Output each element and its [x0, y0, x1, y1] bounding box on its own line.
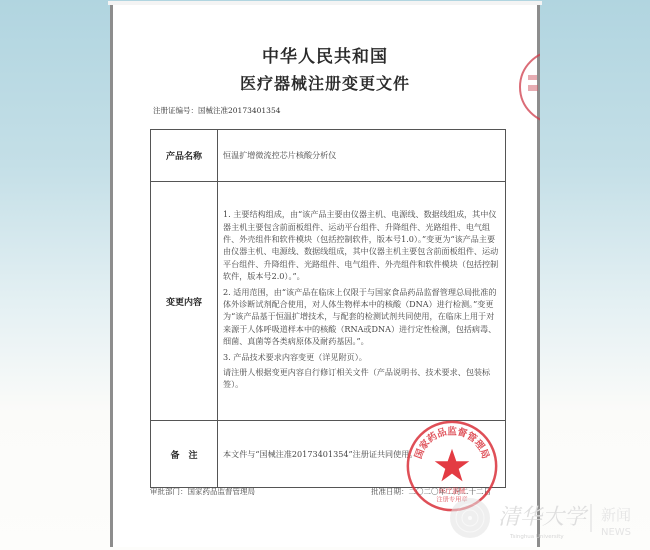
document-title: 医疗器械注册变更文件 — [113, 71, 537, 94]
tsinghua-emblem-icon — [450, 498, 490, 538]
approval-department: 审批部门：国家药品监督管理局 — [150, 486, 255, 497]
product-name-value: 恒温扩增微流控芯片核酸分析仪 — [218, 130, 506, 182]
tsinghua-news-watermark: 清华大学 Tsinghua University 新闻 NEWS — [448, 490, 648, 548]
change-item-tech-requirements: 3. 产品技术要求内容变更（详见附页）。 — [223, 351, 500, 363]
partial-seal-edge — [510, 47, 540, 127]
registration-change-document: 中华人民共和国 医疗器械注册变更文件 注册证编号：国械注准20173401354… — [110, 5, 540, 547]
svg-text:Tsinghua University: Tsinghua University — [509, 534, 564, 540]
registration-label: 注册证编号： — [153, 106, 198, 115]
table-row-change-content: 变更内容 1. 主要结构组成，由“该产品主要由仪器主机、电源线、数据线组成，其中… — [151, 182, 506, 421]
change-item-scope: 2. 适用范围，由“该产品在临床上仅限于与国家食品药品监督管理总局批准的体外诊断… — [223, 286, 500, 348]
product-name-label: 产品名称 — [151, 130, 218, 182]
svg-text:清华大学: 清华大学 — [498, 505, 589, 530]
registration-number: 国械注准20173401354 — [198, 106, 281, 115]
change-content-label: 变更内容 — [151, 182, 218, 421]
change-item-structure: 1. 主要结构组成，由“该产品主要由仪器主机、电源线、数据线组成，其中仪器主机主… — [223, 208, 500, 282]
remarks-label: 备 注 — [151, 421, 218, 488]
change-content-value: 1. 主要结构组成，由“该产品主要由仪器主机、电源线、数据线组成，其中仪器主机主… — [218, 182, 506, 421]
document-title-country: 中华人民共和国 — [113, 42, 537, 67]
registration-number-line: 注册证编号：国械注准20173401354 — [153, 105, 281, 116]
svg-text:新闻: 新闻 — [601, 506, 631, 524]
table-row-product-name: 产品名称 恒温扩增微流控芯片核酸分析仪 — [151, 130, 506, 182]
partial-seal-icon — [510, 47, 540, 127]
svg-text:NEWS: NEWS — [601, 527, 631, 538]
change-instruction: 请注册人根据变更内容自行修订相关文件（产品说明书、技术要求、包装标签）。 — [223, 366, 500, 391]
